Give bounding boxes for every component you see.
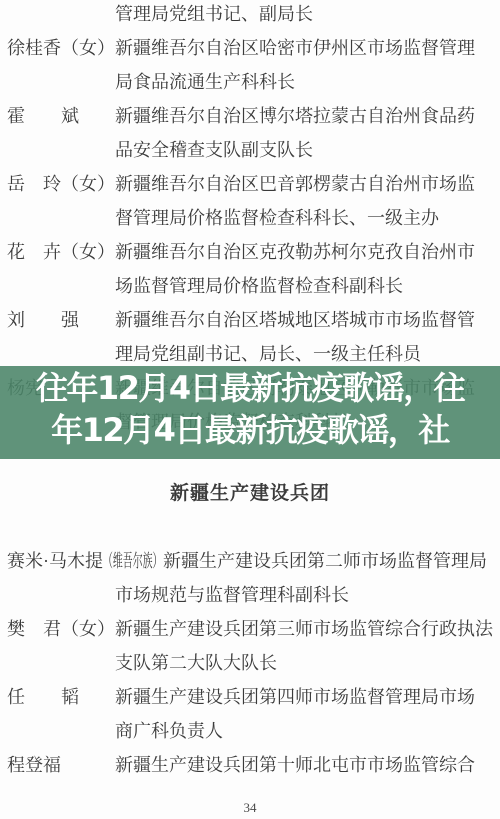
document-page: 管理局党组书记、副局长 徐桂香（女） 新疆维吾尔自治区哈密市伊州区市场监督管理 …	[0, 0, 500, 819]
position-text: 新疆维吾尔自治区巴音郭楞蒙古自治州市场监	[115, 167, 500, 201]
awardee-name: 任 韬	[7, 680, 115, 748]
ethnic-label: （维吾尔族）	[103, 544, 162, 578]
award-entry: 徐桂香（女） 新疆维吾尔自治区哈密市伊州区市场监督管理 局食品流通生产科科长	[0, 31, 500, 99]
award-entry: 刘 强 新疆维吾尔自治区塔城地区塔城市市场监督管 理局党组副书记、局长、一级主任…	[0, 303, 500, 371]
position-text: 督管理局价格监督检查科科长、一级主办	[115, 201, 500, 235]
position-text: 新疆维吾尔自治区塔城地区塔城市市场监督管	[115, 303, 500, 337]
awardee-name: 花 卉（女）	[7, 235, 115, 303]
awardee-name: 徐桂香（女）	[7, 31, 115, 99]
position-text: 新疆生产建设兵团第三师市场监管综合行政执法	[115, 612, 500, 646]
overlay-title-banner: 往年12月4日最新抗疫歌谣，往 年12月4日最新抗疫歌谣，社	[0, 366, 500, 459]
position-text: 市场规范与监督管理科副科长	[115, 578, 500, 612]
position-text: 新疆维吾尔自治区克孜勒苏柯尔克孜自治州市	[115, 235, 500, 269]
banner-title-line: 往年12月4日最新抗疫歌谣，往	[0, 367, 500, 409]
page-number: 34	[0, 800, 500, 816]
position-text: 管理局党组书记、副局长	[115, 0, 500, 31]
award-entry: 任 韬 新疆生产建设兵团第四师市场监督管理局市场 商广科负责人	[0, 680, 500, 748]
position-text: 新疆生产建设兵团第十师北屯市市场监管综合	[115, 748, 500, 782]
award-entry: 樊 君（女） 新疆生产建设兵团第三师市场监管综合行政执法 支队第二大队大队长	[0, 612, 500, 680]
position-text: 场监督管理局价格监督检查科副科长	[115, 269, 500, 303]
position-text: 新疆维吾尔自治区博尔塔拉蒙古自治州食品药	[115, 99, 500, 133]
awardee-name: 霍 斌	[7, 99, 115, 167]
position-text: 新疆生产建设兵团第二师市场监督管理局	[163, 551, 487, 571]
position-text: 商广科负责人	[115, 714, 500, 748]
award-entry: 岳 玲（女） 新疆维吾尔自治区巴音郭楞蒙古自治州市场监 督管理局价格监督检查科科…	[0, 167, 500, 235]
award-list-bottom: 赛米·马木提（维吾尔族）新疆生产建设兵团第二师市场监督管理局 市场规范与监督管理…	[0, 544, 500, 782]
banner-title-line: 年12月4日最新抗疫歌谣，社	[0, 409, 500, 451]
award-entry: 赛米·马木提（维吾尔族）新疆生产建设兵团第二师市场监督管理局 市场规范与监督管理…	[0, 544, 500, 612]
awardee-name: 刘 强	[7, 303, 115, 371]
position-text: 局食品流通生产科科长	[115, 65, 500, 99]
awardee-name: 赛米·马木提	[7, 551, 103, 571]
awardee-name	[7, 0, 115, 31]
position-text: 支队第二大队大队长	[115, 646, 500, 680]
awardee-name: 樊 君（女）	[7, 612, 115, 680]
position-text: 新疆维吾尔自治区哈密市伊州区市场监督管理	[115, 31, 500, 65]
award-entry: 花 卉（女） 新疆维吾尔自治区克孜勒苏柯尔克孜自治州市 场监督管理局价格监督检查…	[0, 235, 500, 303]
position-text: 新疆生产建设兵团第四师市场监督管理局市场	[115, 680, 500, 714]
entry-continuation: 管理局党组书记、副局长	[0, 0, 500, 31]
awardee-name: 程登福	[7, 748, 115, 782]
award-entry: 程登福 新疆生产建设兵团第十师北屯市市场监管综合	[0, 748, 500, 782]
awardee-name: 岳 玲（女）	[7, 167, 115, 235]
section-heading-xpcc: 新疆生产建设兵团	[0, 483, 500, 505]
position-text: 品安全稽查支队副支队长	[115, 133, 500, 167]
award-entry: 霍 斌 新疆维吾尔自治区博尔塔拉蒙古自治州食品药 品安全稽查支队副支队长	[0, 99, 500, 167]
